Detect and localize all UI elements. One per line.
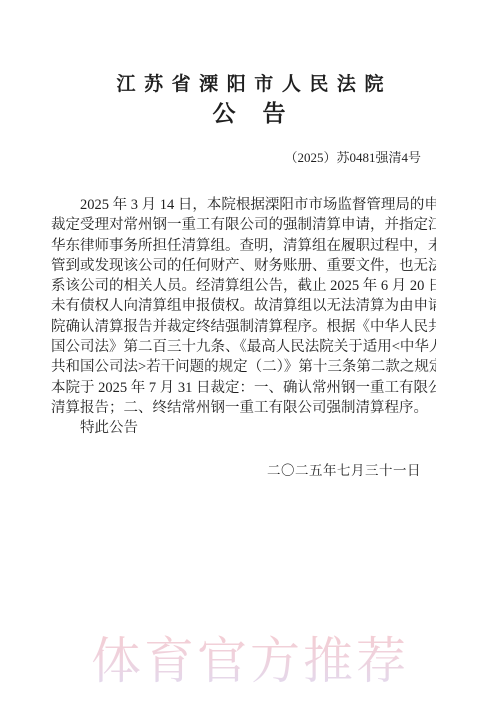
body-line: 共和国公司法>若干问题的规定（二）》第十三条第二款之规定，	[51, 357, 436, 377]
body-lines-container: 2025 年 3 月 14 日，本院根据溧阳市市场监督管理局的申请，裁定受理对常…	[51, 195, 436, 418]
closing-statement: 特此公告	[51, 418, 436, 438]
body-line: 华东律师事务所担任清算组。查明，清算组在履职过程中，未接	[51, 236, 436, 256]
body-line: 2025 年 3 月 14 日，本院根据溧阳市市场监督管理局的申请，	[51, 195, 436, 215]
announcement-date: 二〇二五年七月三十一日	[267, 459, 421, 479]
body-line: 院确认清算报告并裁定终结强制清算程序。根据《中华人民共和	[51, 317, 436, 337]
announcement-body: 2025 年 3 月 14 日，本院根据溧阳市市场监督管理局的申请，裁定受理对常…	[51, 195, 436, 439]
body-line: 国公司法》第二百三十九条、《最高人民法院关于适用<中华人民	[51, 337, 436, 357]
court-name-title: 江苏省溧阳市人民法院	[0, 75, 500, 94]
body-line: 未有债权人向清算组申报债权。故清算组以无法清算为由申请本	[51, 296, 436, 316]
body-line: 清算报告；二、终结常州钢一重工有限公司强制清算程序。	[51, 398, 436, 418]
body-line: 管到或发现该公司的任何财产、财务账册、重要文件，也无法联	[51, 256, 436, 276]
body-line: 裁定受理对常州钢一重工有限公司的强制清算申请，并指定江苏	[51, 215, 436, 235]
body-line: 系该公司的相关人员。经清算组公告，截止 2025 年 6 月 20 日，	[51, 276, 436, 296]
announcement-page: 江苏省溧阳市人民法院 公 告 （2025）苏0481强清4号 2025 年 3 …	[0, 0, 500, 707]
body-line: 本院于 2025 年 7 月 31 日裁定：一、确认常州钢一重工有限公司	[51, 378, 436, 398]
announcement-title: 公 告	[0, 101, 500, 126]
case-number: （2025）苏0481强清4号	[284, 150, 421, 166]
watermark-text: 体育官方推荐	[0, 629, 500, 694]
